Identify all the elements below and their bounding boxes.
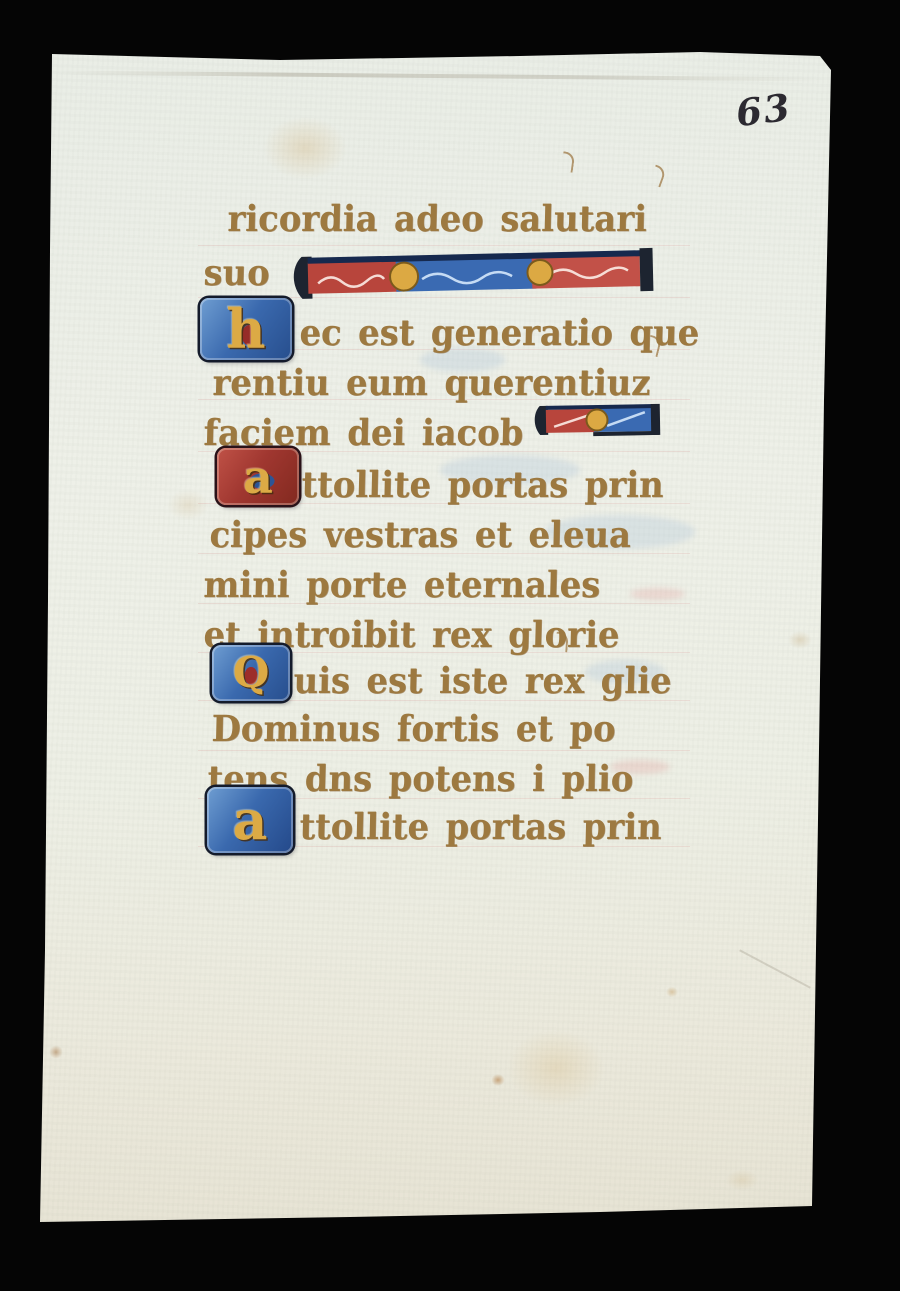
manuscript-leaf: 63 ricordia adeo salutari suo ec est gen… <box>0 0 900 1291</box>
text-line-6: ttollite portas prin <box>301 464 664 506</box>
text-line-10: uis est iste rex glie <box>293 660 672 702</box>
illuminated-initial-a: a <box>217 448 299 505</box>
ruling-line <box>198 750 690 751</box>
text-line-7: cipes vestras et eleua <box>209 514 631 556</box>
line-filler-short <box>531 401 664 441</box>
illuminated-initial-q: Q <box>212 645 290 701</box>
initial-letter: a <box>243 454 273 500</box>
text-line-13: ttollite portas prin <box>299 806 662 848</box>
initial-letter: a <box>233 793 268 847</box>
text-line-4: rentiu eum querentiuz <box>212 362 651 404</box>
initial-letter: h <box>226 302 265 356</box>
folio-number: 63 <box>734 85 794 135</box>
pen-flourish <box>561 151 576 172</box>
crease-line-small <box>739 949 811 988</box>
line-filler-long <box>286 246 661 302</box>
text-line-3: ec est generatio que <box>299 312 700 354</box>
photo-stage: 63 ricordia adeo salutari suo ec est gen… <box>0 0 900 1291</box>
text-line-8: mini porte eternales <box>203 564 601 606</box>
initial-letter: Q <box>233 652 270 694</box>
pen-flourish <box>649 165 667 188</box>
text-line-1: ricordia adeo salutari <box>227 198 648 240</box>
crease-line <box>54 71 824 82</box>
offset-mark <box>630 588 685 600</box>
text-line-2: suo <box>203 252 270 294</box>
illuminated-initial-a2: a <box>207 787 293 853</box>
illuminated-initial-h: h <box>200 298 292 360</box>
text-line-11: Dominus fortis et po <box>211 708 616 750</box>
